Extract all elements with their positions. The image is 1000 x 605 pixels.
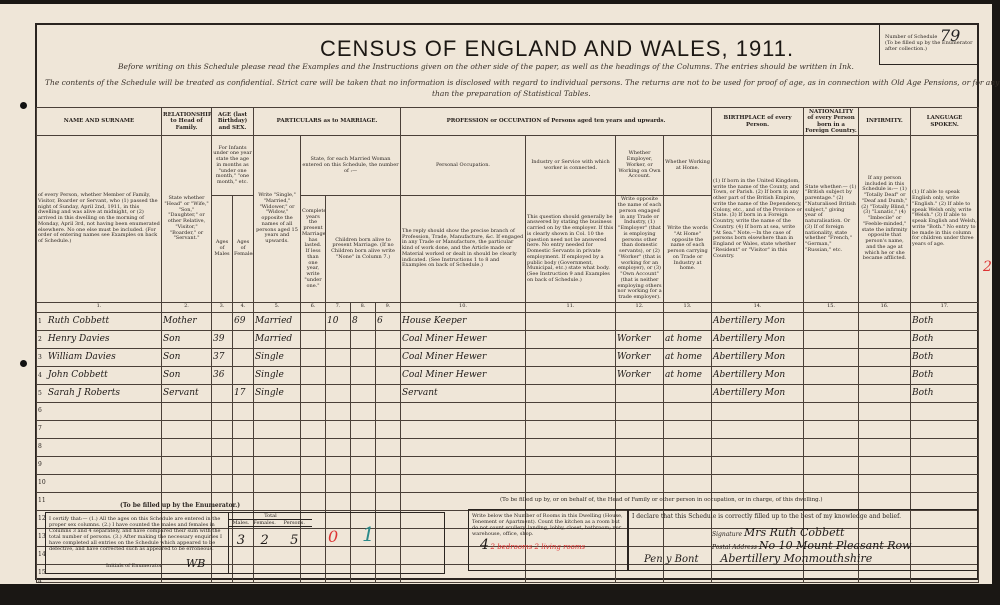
declaration-text: I declare that this Schedule is correctl… <box>632 513 974 520</box>
col-number: 1. <box>37 302 162 312</box>
empty-cell <box>376 420 401 438</box>
total-females: 2 <box>253 533 277 548</box>
empty-cell <box>326 492 351 510</box>
cell-occ: Coal Miner Hewer <box>401 330 526 348</box>
cell-rel: Son <box>162 348 212 366</box>
teal-mark: 1 <box>362 522 375 546</box>
cell-died <box>376 330 401 348</box>
empty-cell <box>162 456 212 474</box>
cell-nat <box>804 348 859 366</box>
col-number: 17. <box>911 302 979 312</box>
cell-lang: Both <box>911 348 979 366</box>
person-name: Ruth Cobbett <box>48 316 109 326</box>
cell-living <box>351 384 376 402</box>
cell-died <box>376 384 401 402</box>
empty-cell <box>162 474 212 492</box>
cell-emp: Worker <box>616 348 664 366</box>
table-row: 5Sarah J RobertsServant17SingleServantAb… <box>37 384 979 402</box>
cell-yrs <box>301 330 326 348</box>
lang-desc: (1) If able to speak English only, write… <box>911 136 979 303</box>
empty-cell <box>376 438 401 456</box>
females-head: Ages of Females <box>233 196 254 303</box>
cell-occ: Coal Miner Hewer <box>401 348 526 366</box>
blank-row: 6 <box>37 402 979 420</box>
cell-name: 4John Cobbett <box>37 366 162 384</box>
table-row: 4John CobbettSon36SingleCoal Miner Hewer… <box>37 366 979 384</box>
birth-desc: (1) If born in the United Kingdom, write… <box>712 136 804 303</box>
cell-status: Married <box>254 330 301 348</box>
empty-cell <box>859 492 911 510</box>
cell-f: 69 <box>233 312 254 330</box>
cell-home: at home <box>664 348 712 366</box>
col-occupation: PROFESSION or OCCUPATION of Persons aged… <box>401 108 712 136</box>
status-desc: Write "Single," "Married," "Widower," or… <box>254 136 301 303</box>
cell-status: Single <box>254 384 301 402</box>
cell-emp <box>616 384 664 402</box>
cell-lang: Both <box>911 384 979 402</box>
empty-cell <box>911 474 979 492</box>
address-line-1: No 10 Mount Pleasant Row <box>759 539 912 552</box>
empty-cell <box>804 474 859 492</box>
col-number: 3. <box>212 302 233 312</box>
empty-cell <box>301 402 326 420</box>
signature-label: Signature <box>712 531 742 538</box>
empty-cell: 6 <box>37 402 162 420</box>
empty-cell <box>254 420 301 438</box>
cell-occ: House Keeper <box>401 312 526 330</box>
cell-born: 10 <box>326 312 351 330</box>
nat-desc: State whether:— (1) "British subject by … <box>804 136 859 303</box>
empty-cell <box>212 438 233 456</box>
empty-cell: 10 <box>37 474 162 492</box>
blank-row: 8 <box>37 438 979 456</box>
empty-cell <box>859 456 911 474</box>
empty-cell <box>712 438 804 456</box>
empty-cell <box>326 420 351 438</box>
industry-desc: This question should generally be answer… <box>526 196 616 303</box>
children-head: Children born alive to present Marriage.… <box>326 196 401 303</box>
empty-cell <box>664 474 712 492</box>
rel-desc: State whether "Head" or "Wife," "Son," "… <box>162 136 212 303</box>
col-number: 15. <box>804 302 859 312</box>
col-nationality: NATIONALITY of every Person born in a Fo… <box>804 108 859 136</box>
cell-name: 5Sarah J Roberts <box>37 384 162 402</box>
cell-yrs <box>301 348 326 366</box>
cell-emp: Worker <box>616 330 664 348</box>
cell-nat <box>804 384 859 402</box>
empty-cell <box>376 402 401 420</box>
cell-ind <box>526 348 616 366</box>
confidential-note-2: than the preparation of Statistical Tabl… <box>432 89 591 98</box>
persons-label: Persons. <box>276 520 312 526</box>
page-number: 4 <box>38 578 42 585</box>
rooms-note: 2 bedrooms 2 living rooms <box>491 543 586 551</box>
empty-cell: 9 <box>37 456 162 474</box>
col-infirmity: INFIRMITY. <box>859 108 911 136</box>
cell-m: 39 <box>212 330 233 348</box>
empty-cell <box>804 456 859 474</box>
column-numbers: 1.2.3.4.5.6.7.8.9.10.11.12.13.14.15.16.1… <box>37 302 979 312</box>
cell-name: 3William Davies <box>37 348 162 366</box>
empty-cell <box>859 438 911 456</box>
empty-cell <box>212 420 233 438</box>
cell-ind <box>526 330 616 348</box>
empty-cell <box>526 456 616 474</box>
empty-cell <box>254 492 301 510</box>
empty-cell <box>376 456 401 474</box>
married-woman-desc: State, for each Married Woman entered on… <box>301 136 401 196</box>
empty-cell <box>212 456 233 474</box>
person-name: Henry Davies <box>48 334 110 344</box>
census-schedule-page: CENSUS OF ENGLAND AND WALES, 1911. Befor… <box>0 4 992 584</box>
cell-living <box>351 348 376 366</box>
cell-born <box>326 366 351 384</box>
cell-yrs <box>301 384 326 402</box>
cell-rel: Servant <box>162 384 212 402</box>
empty-cell <box>664 402 712 420</box>
initials: WB <box>186 557 205 570</box>
empty-cell <box>616 402 664 420</box>
empty-cell <box>401 420 526 438</box>
empty-cell <box>401 438 526 456</box>
row-number: 1 <box>38 318 42 325</box>
certify-text: I certify that:— (1.) All the ages on th… <box>49 516 224 552</box>
col-number: 8. <box>351 302 376 312</box>
col-number: 5. <box>254 302 301 312</box>
empty-cell <box>326 438 351 456</box>
instruction-note: Before writing on this Schedule please r… <box>118 62 854 71</box>
empty-cell <box>301 492 326 510</box>
empty-cell <box>401 474 526 492</box>
empty-cell <box>326 402 351 420</box>
row-number: 5 <box>38 390 42 397</box>
employer-head: Whether Employer, Worker, or Working on … <box>616 136 664 196</box>
empty-cell <box>351 474 376 492</box>
address-line-2: Abertillery Monmouthshire <box>720 552 872 565</box>
years-married-head: Completed years the present Marriage has… <box>301 196 326 303</box>
total-label: Total <box>229 513 312 520</box>
cell-inf <box>859 330 911 348</box>
empty-cell <box>712 402 804 420</box>
col-number: 12. <box>616 302 664 312</box>
cell-status: Single <box>254 366 301 384</box>
athome-head: Whether Working at Home. <box>664 136 712 196</box>
personal-occ-head: Personal Occupation. <box>401 136 526 196</box>
cell-m: 37 <box>212 348 233 366</box>
address-label: Postal Address <box>712 544 757 551</box>
locality: Pen y Bont <box>644 554 698 565</box>
table-row: 3William DaviesSon37SingleCoal Miner Hew… <box>37 348 979 366</box>
empty-cell <box>804 438 859 456</box>
cell-yrs <box>301 366 326 384</box>
enumerator-heading: (To be filled up by the Enumerator.) <box>120 502 240 509</box>
cell-birth: Abertillery Mon <box>712 384 804 402</box>
empty-cell <box>401 456 526 474</box>
margin-mark: 2 <box>983 259 992 275</box>
cell-living: 8 <box>351 312 376 330</box>
rooms-desc: Write below the Number of Rooms in this … <box>472 513 624 537</box>
empty-cell <box>526 438 616 456</box>
empty-cell <box>233 402 254 420</box>
cell-born <box>326 348 351 366</box>
empty-cell <box>162 438 212 456</box>
cell-rel: Son <box>162 366 212 384</box>
empty-cell <box>712 420 804 438</box>
empty-cell <box>804 420 859 438</box>
cell-ind <box>526 312 616 330</box>
col-number: 4. <box>233 302 254 312</box>
binding-hole <box>20 360 27 367</box>
cell-living <box>351 366 376 384</box>
athome-desc: Write the words "At Home" opposite the n… <box>664 196 712 303</box>
empty-cell <box>911 438 979 456</box>
red-mark: 0 <box>328 527 338 546</box>
col-number: 11. <box>526 302 616 312</box>
cell-m <box>212 312 233 330</box>
empty-cell <box>616 420 664 438</box>
col-number: 10. <box>401 302 526 312</box>
cell-home <box>664 312 712 330</box>
col-relationship: RELATIONSHIP to Head of Family. <box>162 108 212 136</box>
empty-cell <box>616 474 664 492</box>
enumerator-box: I certify that:— (1.) All the ages on th… <box>45 512 445 574</box>
empty-cell <box>526 420 616 438</box>
table-row: 1Ruth CobbettMother69Married1086House Ke… <box>37 312 979 330</box>
rooms-box: Write below the Number of Rooms in this … <box>468 509 628 571</box>
cell-home: at home <box>664 330 712 348</box>
empty-cell <box>233 474 254 492</box>
empty-cell <box>212 474 233 492</box>
initials-label: Initials of Enumerator <box>106 563 162 569</box>
person-name: John Cobbett <box>48 370 108 380</box>
cell-living <box>351 330 376 348</box>
cell-born <box>326 384 351 402</box>
females-label: Females. <box>253 520 277 526</box>
empty-cell <box>616 456 664 474</box>
empty-cell <box>326 456 351 474</box>
col-marriage: PARTICULARS as to MARRIAGE. <box>254 108 401 136</box>
schedule-number-box: Number of Schedule (To be filled up by t… <box>879 23 979 65</box>
empty-cell <box>526 474 616 492</box>
row-number: 3 <box>38 354 42 361</box>
age-desc: For Infants under one year state the age… <box>212 136 254 196</box>
empty-cell <box>616 438 664 456</box>
empty-cell <box>664 438 712 456</box>
empty-cell <box>162 402 212 420</box>
empty-cell <box>526 402 616 420</box>
empty-cell <box>712 474 804 492</box>
cell-birth: Abertillery Mon <box>712 366 804 384</box>
cell-occ: Servant <box>401 384 526 402</box>
cell-birth: Abertillery Mon <box>712 330 804 348</box>
cell-name: 2Henry Davies <box>37 330 162 348</box>
cell-emp: Worker <box>616 366 664 384</box>
empty-cell <box>301 438 326 456</box>
cell-ind <box>526 366 616 384</box>
col-number: 14. <box>712 302 804 312</box>
cell-born <box>326 330 351 348</box>
col-age: AGE (last Birthday) and SEX. <box>212 108 254 136</box>
cell-ind <box>526 384 616 402</box>
empty-cell <box>233 438 254 456</box>
empty-cell <box>859 474 911 492</box>
col-name: NAME AND SURNAME <box>37 108 162 136</box>
cell-yrs <box>301 312 326 330</box>
col-language: LANGUAGE SPOKEN. <box>911 108 979 136</box>
blank-row: 7 <box>37 420 979 438</box>
empty-cell <box>254 402 301 420</box>
empty-cell <box>254 456 301 474</box>
empty-cell <box>233 420 254 438</box>
col-birthplace: BIRTHPLACE of every Person. <box>712 108 804 136</box>
empty-cell <box>301 474 326 492</box>
confidential-note: The contents of the Schedule will be tre… <box>45 78 1000 87</box>
empty-cell <box>326 474 351 492</box>
col-number: 16. <box>859 302 911 312</box>
cell-status: Single <box>254 348 301 366</box>
empty-cell <box>376 474 401 492</box>
cell-inf <box>859 312 911 330</box>
empty-cell: 8 <box>37 438 162 456</box>
empty-cell <box>712 456 804 474</box>
empty-cell <box>351 438 376 456</box>
row-number: 2 <box>38 336 42 343</box>
row-number: 4 <box>38 372 42 379</box>
empty-cell: 7 <box>37 420 162 438</box>
empty-cell <box>911 420 979 438</box>
empty-cell <box>911 492 979 510</box>
declaration-box: I declare that this Schedule is correctl… <box>628 509 978 571</box>
cell-f <box>233 330 254 348</box>
blank-row: 10 <box>37 474 979 492</box>
empty-cell <box>911 456 979 474</box>
page-title: CENSUS OF ENGLAND AND WALES, 1911. <box>320 36 794 62</box>
schedule-number: 79 <box>940 26 960 45</box>
empty-cell <box>664 420 712 438</box>
cell-died <box>376 348 401 366</box>
col-number: 7. <box>326 302 351 312</box>
cell-home: at home <box>664 366 712 384</box>
cell-birth: Abertillery Mon <box>712 312 804 330</box>
total-persons: 5 <box>276 533 312 548</box>
rooms-count: 4 <box>480 537 489 553</box>
binding-hole <box>20 102 27 109</box>
cell-f <box>233 348 254 366</box>
cell-lang: Both <box>911 312 979 330</box>
signature: Mrs Ruth Cobbett <box>744 526 845 539</box>
empty-cell <box>351 492 376 510</box>
cell-m <box>212 384 233 402</box>
empty-cell <box>859 420 911 438</box>
empty-cell <box>401 402 526 420</box>
empty-cell <box>376 492 401 510</box>
personal-occ-desc: The reply should show the precise branch… <box>401 196 526 303</box>
empty-cell <box>911 402 979 420</box>
empty-cell <box>162 420 212 438</box>
empty-cell <box>351 420 376 438</box>
empty-cell <box>351 456 376 474</box>
empty-cell <box>301 420 326 438</box>
inf-desc: If any person included in this Schedule … <box>859 136 911 303</box>
empty-cell <box>859 402 911 420</box>
cell-rel: Son <box>162 330 212 348</box>
person-name: William Davies <box>48 352 116 362</box>
cell-lang: Both <box>911 330 979 348</box>
cell-emp <box>616 312 664 330</box>
cell-name: 1Ruth Cobbett <box>37 312 162 330</box>
person-name: Sarah J Roberts <box>48 388 120 398</box>
cell-occ: Coal Miner Hewer <box>401 366 526 384</box>
name-desc: of every Person, whether Member of Famil… <box>37 136 162 303</box>
empty-cell <box>301 456 326 474</box>
empty-cell <box>212 402 233 420</box>
empty-cell <box>254 474 301 492</box>
household-heading: (To be filled up by, or on behalf of, th… <box>500 497 823 503</box>
cell-rel: Mother <box>162 312 212 330</box>
males-head: Ages of Males <box>212 196 233 303</box>
cell-died: 6 <box>376 312 401 330</box>
cell-home <box>664 384 712 402</box>
cell-m: 36 <box>212 366 233 384</box>
empty-cell <box>664 456 712 474</box>
empty-cell <box>351 402 376 420</box>
cell-status: Married <box>254 312 301 330</box>
col-number: 13. <box>664 302 712 312</box>
cell-lang: Both <box>911 366 979 384</box>
table-row: 2Henry DaviesSon39MarriedCoal Miner Hewe… <box>37 330 979 348</box>
cell-nat <box>804 330 859 348</box>
blank-row: 9 <box>37 456 979 474</box>
empty-cell <box>254 438 301 456</box>
industry-head: Industry or Service with which worker is… <box>526 136 616 196</box>
males-label: Males. <box>229 520 253 526</box>
cell-nat <box>804 366 859 384</box>
col-number: 2. <box>162 302 212 312</box>
cell-f: 17 <box>233 384 254 402</box>
cell-inf <box>859 348 911 366</box>
employer-desc: Write opposite the name of each person e… <box>616 196 664 303</box>
cell-died <box>376 366 401 384</box>
empty-cell <box>804 402 859 420</box>
cell-inf <box>859 384 911 402</box>
col-number: 6. <box>301 302 326 312</box>
total-males: 3 <box>229 533 253 548</box>
cell-f <box>233 366 254 384</box>
cell-inf <box>859 366 911 384</box>
empty-cell <box>233 456 254 474</box>
cell-birth: Abertillery Mon <box>712 348 804 366</box>
col-number: 9. <box>376 302 401 312</box>
cell-nat <box>804 312 859 330</box>
